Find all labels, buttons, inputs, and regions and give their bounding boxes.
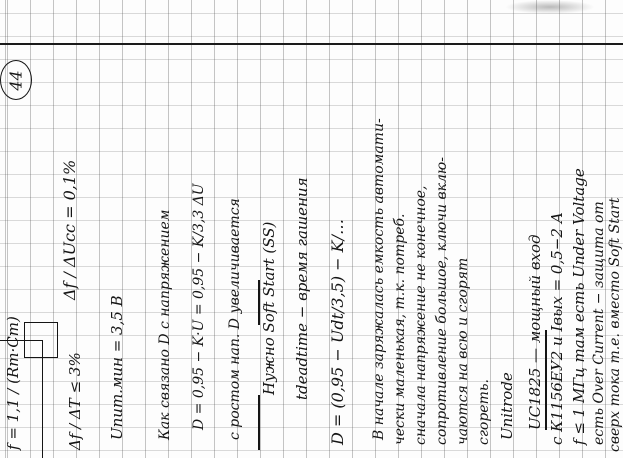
text-k1156: с К1156ЕУ2 и Iвых = 0,5−2 А	[550, 212, 565, 445]
text-freq-undervoltage: f ≤ 1 МГц там есть Under Voltage	[572, 168, 587, 445]
paragraph-line-5: чаются на всю и сгорят	[456, 258, 470, 445]
notebook-page: 44 f = 1,1 / (Rт·Cт) Δf / ΔT ≤ 3% Δf / Δ…	[0, 0, 623, 458]
formula-box-tab	[24, 322, 58, 358]
paragraph-line-2: чески маленькая, т.к. потреб.	[393, 214, 407, 446]
dash-mark	[258, 395, 260, 450]
paragraph-line-1: В начале заряжалась емкость автомати-	[372, 118, 386, 440]
underline-uc1825	[545, 330, 547, 430]
page-number-circle: 44	[0, 60, 32, 100]
page-number: 44	[6, 70, 25, 90]
text-soft-start: Нужно Soft Start (SS)	[262, 222, 277, 395]
text-unitrode: Unitrode	[500, 372, 515, 440]
formula-supply-coef: Δf / ΔUcc = 0,1%	[62, 160, 78, 300]
text-how-related: Как связано D с напряжением	[158, 210, 172, 440]
text-overcurrent: есть Over Current − защита от	[592, 201, 606, 445]
formula-duty-cycle-2: D = (0,95 − Udt/3,5) − K/…	[330, 219, 346, 445]
margin-rule	[0, 43, 623, 45]
text-deadtime: tdeadtime − время гашения	[295, 177, 310, 400]
text-uc1825: UC1825 — мощный вход	[528, 234, 543, 430]
paragraph-line-3: сначала напряжение не конечное,	[414, 185, 428, 445]
formula-frequency: f = 1,1 / (Rт·Cт)	[6, 316, 21, 450]
scan-smudge	[505, 0, 595, 14]
text-overload: сверх тока т.е. вместо Soft Start	[608, 197, 622, 452]
formula-duty-cycle: D = 0,95 − K·U = 0,95 − K/3,3 ΔU	[192, 183, 206, 430]
formula-umin: Uпит.мин = 3,5 В	[110, 295, 125, 440]
text-growth: с ростом нап. D увеличивается	[228, 198, 242, 440]
paragraph-line-4: сопротивление большое, ключи вклю-	[435, 157, 449, 445]
formula-tempco: Δf / ΔT ≤ 3%	[68, 352, 83, 450]
paragraph-line-6: сгореть.	[477, 379, 491, 445]
